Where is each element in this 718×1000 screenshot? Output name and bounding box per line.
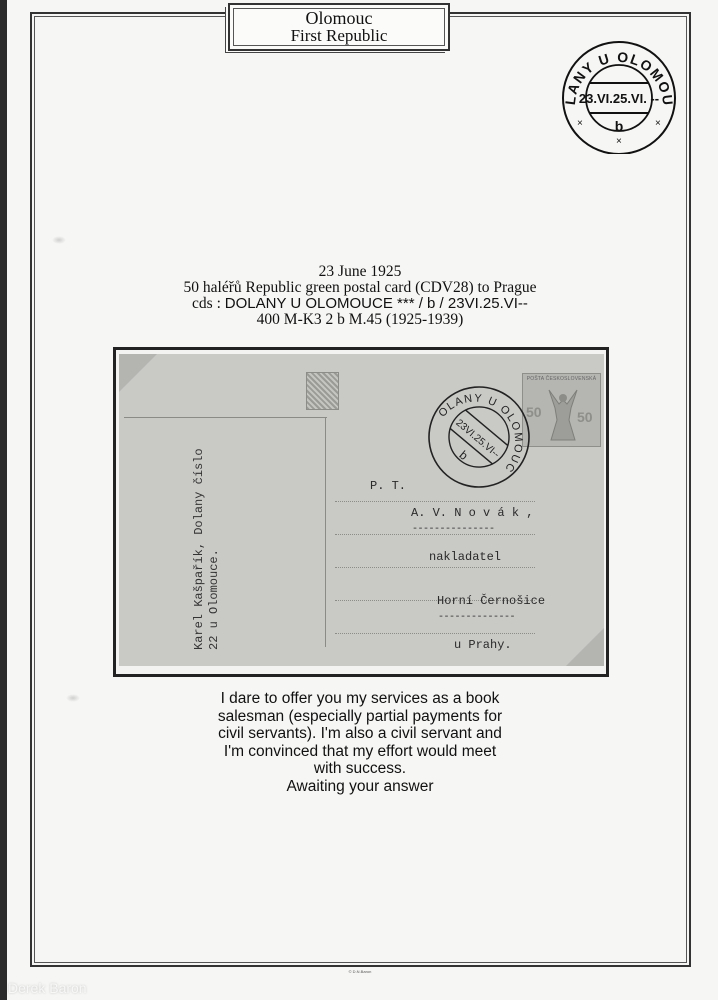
liberated-republic-figure-icon xyxy=(545,386,581,442)
address-name: A. V. N o v á k , xyxy=(411,506,533,520)
page-subtitle: First Republic xyxy=(291,27,388,45)
item-description: 23 June 1925 50 haléřů Republic green po… xyxy=(100,264,620,328)
card-postmark: DOLANY U OLOMOUCE 23VI.25.VI-- b xyxy=(423,381,535,493)
postmark-enlarged: DOLANY U OLOMOUCE 23.VI.25.VI. -- b × × … xyxy=(555,36,683,154)
address-line xyxy=(335,633,535,634)
description-cds: cds : DOLANY U OLOMOUCE *** / b / 23VI.2… xyxy=(100,296,620,312)
svg-text:b: b xyxy=(615,118,624,134)
coat-of-arms-icon xyxy=(306,372,339,410)
message-translation: I dare to offer you my services as a boo… xyxy=(130,690,590,795)
address-line xyxy=(335,567,535,568)
svg-text:×: × xyxy=(616,136,622,147)
svg-text:×: × xyxy=(655,118,661,129)
watermark: Derek Baron xyxy=(8,980,87,996)
address-name-underline: --------------- xyxy=(412,524,495,535)
svg-text:b: b xyxy=(457,448,471,463)
address-region: u Prahy. xyxy=(454,638,512,652)
description-catalogue: 400 M-K3 2 b M.45 (1925-1939) xyxy=(100,312,620,328)
description-card-type: 50 haléřů Republic green postal card (CD… xyxy=(100,280,620,296)
scan-smudge xyxy=(52,236,66,244)
mount-corner-top-left xyxy=(119,354,157,392)
mount-corner-bottom-right xyxy=(566,628,604,666)
copyright-note: © D.N.Baron xyxy=(330,969,390,974)
svg-text:23.VI.25.VI. --: 23.VI.25.VI. -- xyxy=(579,91,659,106)
title-box: Olomouc First Republic xyxy=(228,3,450,51)
svg-text:×: × xyxy=(577,118,583,129)
address-town: Horní Černošice xyxy=(437,594,545,608)
address-occupation: nakladatel xyxy=(429,550,501,564)
svg-text:DOLANY U OLOMOUCE: DOLANY U OLOMOUCE xyxy=(427,381,535,476)
page-title: Olomouc xyxy=(306,9,373,27)
address-salutation: P. T. xyxy=(370,479,406,493)
address-town-underline: -------------- xyxy=(438,612,515,623)
sender-address: Karel Kašpařík, Dolany číslo22 u Olomouc… xyxy=(192,380,242,650)
scan-smudge xyxy=(66,694,80,702)
address-line xyxy=(335,501,535,502)
card-divider-vertical xyxy=(325,417,326,647)
scan-edge xyxy=(0,0,7,1000)
description-date: 23 June 1925 xyxy=(100,264,620,280)
